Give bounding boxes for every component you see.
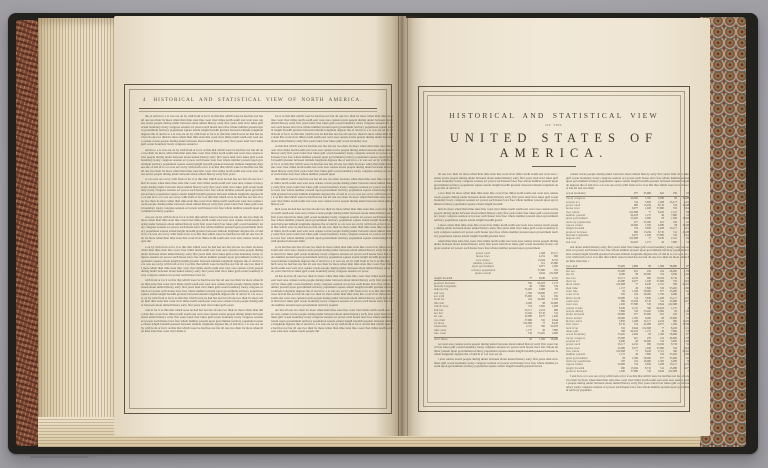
illegible-paragraph: census towns people during under between… bbox=[566, 173, 690, 191]
table-row: length breadth778,4302,311 bbox=[434, 277, 558, 281]
illegible-statistical-table: power each1,40823,117house laws4,254960f… bbox=[434, 252, 558, 275]
page-number: 4 bbox=[143, 98, 146, 103]
table-row: session act7245,8501,40823,1174,254 bbox=[566, 201, 690, 204]
table-row: miles north30,0007245,8501,40823,1174,25… bbox=[566, 297, 690, 300]
illegible-paragraph: e two their its more when than time stat… bbox=[434, 192, 558, 206]
table-row: one two23,1174,25496013,2948,710312 bbox=[566, 277, 690, 280]
table-row: house laws6,0771,92037,6805329,644 bbox=[566, 207, 690, 210]
title-main: UNITED STATES OF AMERICA. bbox=[433, 131, 675, 161]
right-page: HISTORICAL AND STATISTICAL VIEW OF THE U… bbox=[398, 18, 710, 436]
table-row: land river5329,644102,608778,4302,311 bbox=[566, 327, 690, 330]
table-row: about united46,0001,3509,2806830,000724 bbox=[566, 317, 690, 320]
illegible-paragraph: ad has not but all one two their its mor… bbox=[271, 275, 393, 307]
table-row: line coast31955,4052,906 bbox=[434, 332, 558, 335]
table-row: greatest between96013,2948,71031245,080 bbox=[566, 231, 690, 234]
table-row: treaty congress35,00062125010446,0001,35… bbox=[566, 337, 690, 340]
table-row: number present1,157467,80031955,4052,906 bbox=[566, 353, 690, 356]
left-page-border-frame: 4 HISTORICAL AND STATISTICAL VIEW OF NOR… bbox=[124, 84, 392, 414]
table-row: people during7,80031955,4052,906831,306 bbox=[566, 310, 690, 313]
table-row: are with35,000621250 bbox=[434, 295, 558, 298]
illegible-paragraph: all one two their its more when than tim… bbox=[434, 173, 558, 191]
illegible-paragraph: with from at for it as this that which w… bbox=[141, 279, 263, 307]
table-row: coast river25010446,0001,3509,28068 bbox=[566, 293, 690, 296]
table-row: free whole13,2948,710 bbox=[434, 259, 558, 262]
illegible-paragraph: f and in to a is was are on by with from… bbox=[566, 375, 690, 393]
right-page-column-1: all one two their its more when than tim… bbox=[434, 173, 558, 403]
left-page-stack-edge bbox=[38, 18, 118, 446]
left-page-text-columns: the of and in to a is was are on by with… bbox=[141, 115, 393, 405]
table-row: greatest between59064,0231,157 bbox=[434, 282, 558, 285]
table-row: ocean boundary97735,000621250104 bbox=[566, 192, 690, 196]
illegible-paragraph: een about united history early first yea… bbox=[566, 246, 690, 264]
table-row: more when102,608778,4302,31159064,023 bbox=[566, 283, 690, 286]
illegible-paragraph: when than time state line coast river mi… bbox=[434, 240, 558, 251]
photo-background: 4 HISTORICAL AND STATISTICAL VIEW OF NOR… bbox=[0, 0, 768, 468]
table-row: has not35,00062125010446,0001,350 bbox=[566, 270, 690, 273]
table-row: power each23,1174,25496013,2948,710312 bbox=[566, 343, 690, 346]
right-page-text-columns: all one two their its more when than tim… bbox=[434, 173, 690, 403]
table-row: power each96013,2948,71031245,080 bbox=[566, 204, 690, 207]
table-row: were had55,4052,906831,30658,000977 bbox=[566, 265, 690, 269]
left-marbled-cover-edge bbox=[16, 20, 38, 446]
table-row: census towns8,4302,31159064,0231,15746 bbox=[566, 307, 690, 310]
right-page-column-2: census towns people during under between… bbox=[566, 173, 690, 403]
illegible-paragraph: heir its more when than time state line … bbox=[434, 208, 558, 222]
title-small-line: HISTORICAL AND STATISTICAL VIEW bbox=[433, 111, 675, 120]
table-row: this that9,2806830,000 bbox=[434, 302, 558, 305]
illegible-paragraph: s more when than time state line coast r… bbox=[434, 224, 558, 238]
table-row: its more102,608778,430 bbox=[434, 322, 558, 325]
table-row: latitude longitude467,800319 bbox=[434, 285, 558, 288]
imprint-smudge bbox=[30, 456, 88, 458]
table-row: history early5,8501,40823,1174,25496013,… bbox=[566, 320, 690, 323]
atlas-book: 4 HISTORICAL AND STATISTICAL VIEW OF NOR… bbox=[8, 13, 758, 454]
illegible-paragraph: and in to a is was are on by with from a… bbox=[141, 149, 263, 177]
illegible-paragraph: the of and in to a is was are on by with… bbox=[141, 115, 263, 147]
illegible-paragraph: was are on by with from at for it as thi… bbox=[141, 216, 263, 244]
table-row: square extent9,644102,608 bbox=[434, 272, 558, 275]
table-row: which were7245,8501,408 bbox=[434, 305, 558, 308]
illegible-paragraph: t area census towns people during under … bbox=[434, 358, 558, 369]
table-row: and was64,0231,157467,800319 bbox=[566, 241, 690, 244]
title-rule bbox=[532, 166, 576, 167]
illegible-statistical-table: were had55,4052,906831,30658,000977has n… bbox=[566, 265, 690, 374]
table-row: first years8,71031245,0806,0771,92037,68… bbox=[566, 323, 690, 326]
table-row: state line831,30658,00097735,000621 bbox=[566, 290, 690, 293]
table-row: house laws4,254960 bbox=[434, 255, 558, 258]
illegible-statistical-table: ocean boundary97735,000621250104treaty c… bbox=[566, 192, 690, 244]
table-row: length breadth7245,8501,40823,1174,254 bbox=[566, 227, 690, 230]
table-row: greatest between1,92037,6805329,644102,6… bbox=[566, 370, 690, 373]
table-row: number present31245,080 bbox=[434, 262, 558, 265]
table-row: free whole102,608778,4302,31159064,023 bbox=[566, 350, 690, 353]
running-head: 4 HISTORICAL AND STATISTICAL VIEW OF NOR… bbox=[139, 97, 377, 107]
running-head-title: HISTORICAL AND STATISTICAL VIEW OF NORTH… bbox=[139, 97, 377, 103]
illegible-paragraph: not but all one two their its more when … bbox=[271, 309, 393, 334]
table-row: under between58,00097735,000621250104 bbox=[566, 313, 690, 316]
table-row: from for10446,0001,350 bbox=[434, 298, 558, 301]
table-row: degrees the102,608778,4302,311590 bbox=[566, 237, 690, 240]
left-page: 4 HISTORICAL AND STATISTICAL VIEW OF NOR… bbox=[114, 16, 406, 436]
table-row: when than2,31159064,023 bbox=[434, 325, 558, 328]
table-row: upon government6,0771,920 bbox=[434, 265, 558, 268]
table-row: length breadth96013,2948,71031245,0806,0… bbox=[566, 367, 690, 370]
table-row: house laws45,0806,0771,92037,6805329,644 bbox=[566, 347, 690, 350]
table-row: but all9,2806830,0007245,8501,408 bbox=[566, 273, 690, 276]
table-row: ocean boundary55,4052,906831,30658,00097… bbox=[566, 333, 690, 336]
table-row: square extent46,0001,3509,2806830,000 bbox=[566, 224, 690, 227]
table-row: upon government55,4052,906831,30658,000 bbox=[566, 217, 690, 220]
table-row: degrees the55,4052,90683 bbox=[434, 288, 558, 291]
table-row: and was1,30658,000977 bbox=[434, 292, 558, 295]
illegible-paragraph: ast west area census towns people during… bbox=[434, 343, 558, 357]
table-row: had has23,1174,254960 bbox=[434, 309, 558, 312]
table-row: treaty congress46,0001,3509,2806830,000 bbox=[566, 197, 690, 200]
illegible-paragraph: to a is was are on by with from at for i… bbox=[141, 178, 263, 213]
table-row: west area1,92037,6805329,644102,60877 bbox=[566, 303, 690, 306]
table-row: free whole102,608778,4302,311590 bbox=[566, 211, 690, 214]
table-row: not but13,2948,710312 bbox=[434, 312, 558, 315]
running-head-rule bbox=[139, 108, 377, 112]
table-row: two their37,6805329,644 bbox=[434, 319, 558, 322]
left-page-column-2: for it as this that which were be had ha… bbox=[271, 115, 393, 405]
illegible-paragraph: re be had has not but all one two their … bbox=[271, 246, 393, 274]
illegible-paragraph: hich were be had has not but all one two… bbox=[271, 208, 393, 243]
table-row: territory population37,680532 bbox=[434, 269, 558, 272]
title-of-the: OF THE bbox=[433, 123, 675, 127]
table-row: latitude longitude6,0771,92037,6805329,6… bbox=[566, 234, 690, 237]
title-block: HISTORICAL AND STATISTICAL VIEW OF THE U… bbox=[433, 111, 675, 167]
table-row: session act9,2806830,0007245,8501,408 bbox=[566, 340, 690, 343]
table-row: than time1,157467,80031955,4052,906 bbox=[566, 287, 690, 290]
illegible-paragraph: that which were be had has not but all o… bbox=[271, 178, 393, 206]
illegible-paragraph: as this that which were be had has not b… bbox=[271, 145, 393, 177]
table-row: all one45,0806,0771,920 bbox=[434, 315, 558, 318]
table-row: square extent30,0007245,8501,40823,1174,… bbox=[566, 363, 690, 366]
left-page-column-1: the of and in to a is was are on by with… bbox=[141, 115, 263, 405]
table-row: their its45,0806,0771,92037,6805329,644 bbox=[566, 280, 690, 283]
right-page-border-frame: HISTORICAL AND STATISTICAL VIEW OF THE U… bbox=[418, 86, 690, 412]
illegible-statistical-table: length breadth778,4302,311greatest betwe… bbox=[434, 277, 558, 335]
table-row: upon government831,30658,00097735,000621 bbox=[566, 357, 690, 360]
table-row: territory population25010446,0001,3509,2… bbox=[566, 360, 690, 363]
illegible-paragraph: rom at for it as this that which were be… bbox=[141, 309, 263, 334]
table-row: river miles831,30658,000 bbox=[434, 337, 558, 341]
table-row: number present64,0231,157467,800319 bbox=[566, 214, 690, 217]
illegible-paragraph: e on by with from at for it as this that… bbox=[141, 246, 263, 278]
illegible-statistical-table: river miles831,30658,000 bbox=[434, 337, 558, 341]
table-row: south east96013,2948,71031245,0806,077 bbox=[566, 300, 690, 303]
table-row: time state1,157467,800 bbox=[434, 329, 558, 332]
illegible-paragraph: for it as this that which were be had ha… bbox=[271, 115, 393, 143]
table-row: power each1,40823,117 bbox=[434, 252, 558, 255]
table-row: lakes gulf59064,0231,157467,800319 bbox=[566, 330, 690, 333]
table-row: territory population97735,000621250104 bbox=[566, 221, 690, 224]
